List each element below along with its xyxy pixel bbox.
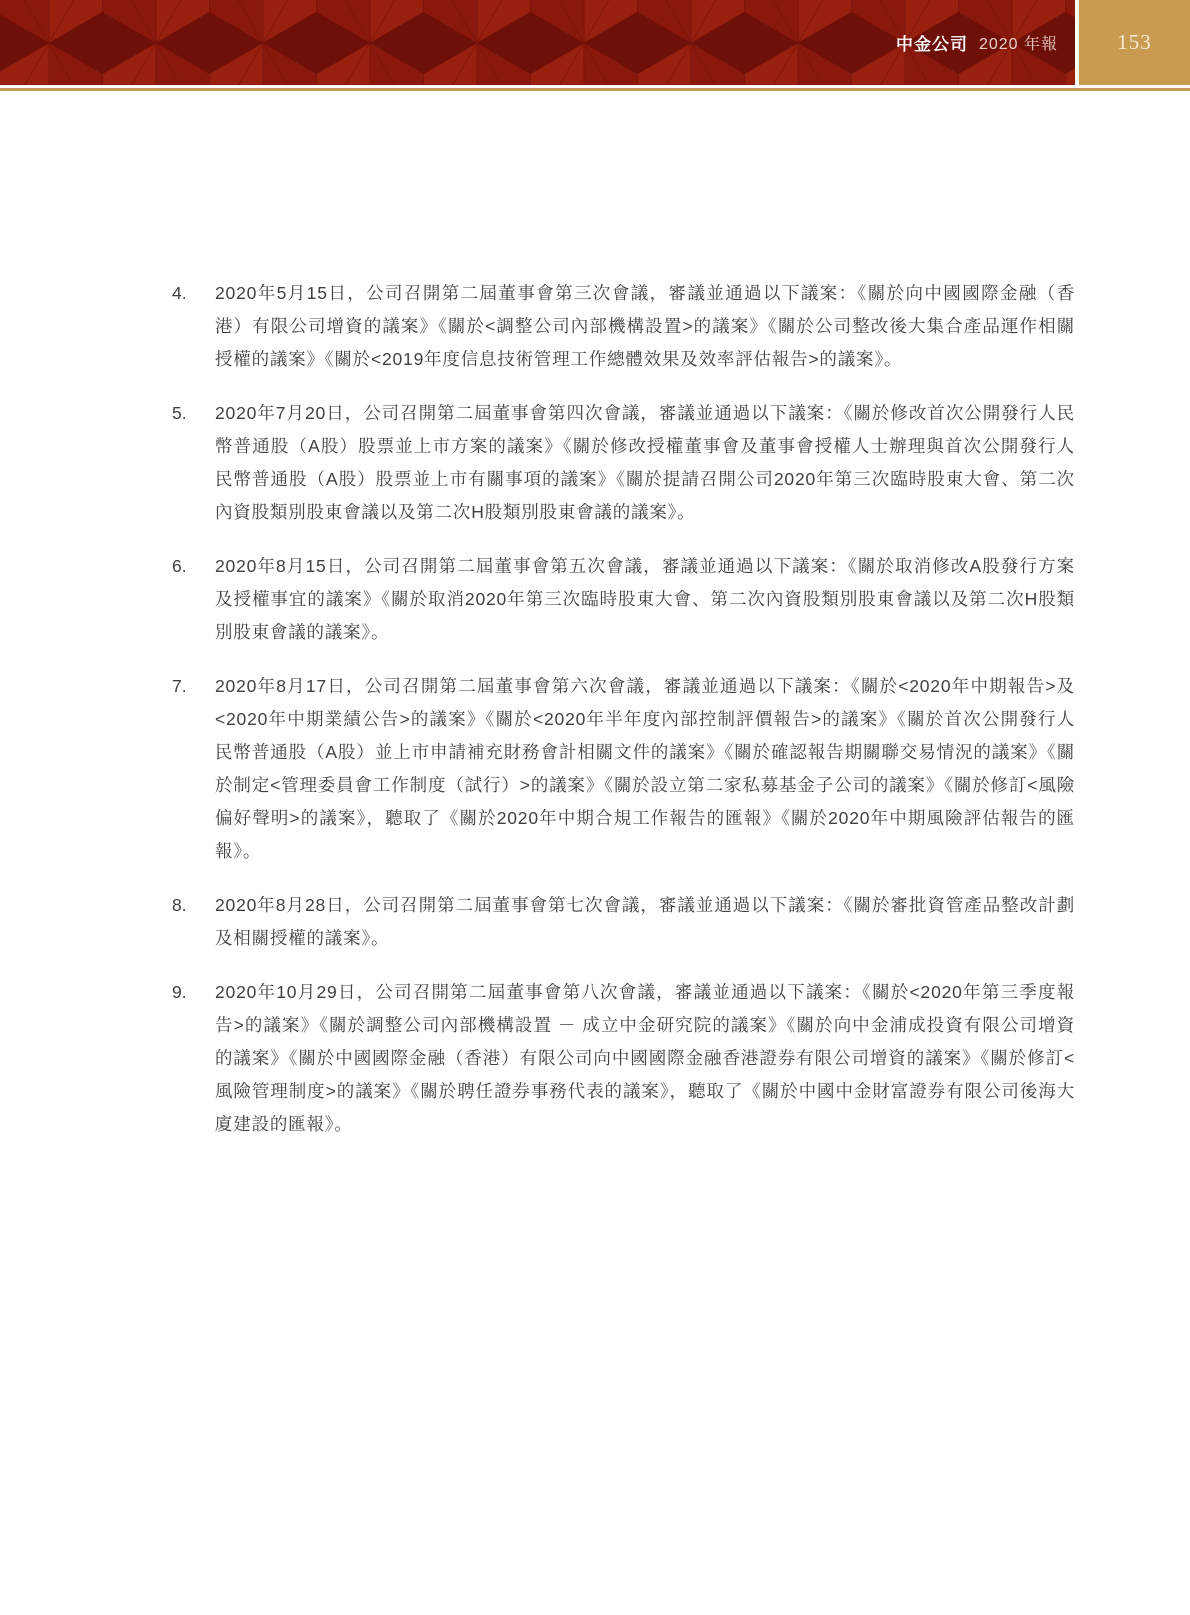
item-text: 2020年5月15日，公司召開第二屆董事會第三次會議，審議並通過以下議案：《關於…: [215, 277, 1075, 376]
list-item: 7. 2020年8月17日，公司召開第二屆董事會第六次會議，審議並通過以下議案：…: [172, 670, 1075, 868]
report-page: 中金公司 2020 年報 153 4. 2020年5月15日，公司召開第二屆董事…: [0, 0, 1190, 1615]
item-text: 2020年7月20日，公司召開第二屆董事會第四次會議，審議並通過以下議案：《關於…: [215, 397, 1075, 529]
list-item: 4. 2020年5月15日，公司召開第二屆董事會第三次會議，審議並通過以下議案：…: [172, 277, 1075, 376]
page-number: 153: [1117, 30, 1152, 55]
item-number: 9.: [172, 976, 215, 1141]
item-text: 2020年10月29日，公司召開第二屆董事會第八次會議，審議並通過以下議案：《關…: [215, 976, 1075, 1141]
list-item: 6. 2020年8月15日，公司召開第二屆董事會第五次會議，審議並通過以下議案：…: [172, 550, 1075, 649]
item-text: 2020年8月15日，公司召開第二屆董事會第五次會議，審議並通過以下議案：《關於…: [215, 550, 1075, 649]
item-number: 7.: [172, 670, 215, 868]
list-item: 5. 2020年7月20日，公司召開第二屆董事會第四次會議，審議並通過以下議案：…: [172, 397, 1075, 529]
header-title: 中金公司 2020 年報: [896, 0, 1058, 85]
list-item: 8. 2020年8月28日，公司召開第二屆董事會第七次會議，審議並通過以下議案：…: [172, 889, 1075, 955]
item-text: 2020年8月17日，公司召開第二屆董事會第六次會議，審議並通過以下議案：《關於…: [215, 670, 1075, 868]
list-item: 9. 2020年10月29日，公司召開第二屆董事會第八次會議，審議並通過以下議案…: [172, 976, 1075, 1141]
header-divider: [0, 88, 1190, 91]
item-text: 2020年8月28日，公司召開第二屆董事會第七次會議，審議並通過以下議案：《關於…: [215, 889, 1075, 955]
company-name: 中金公司: [896, 30, 968, 55]
item-number: 4.: [172, 277, 215, 376]
item-number: 8.: [172, 889, 215, 955]
header-banner: 中金公司 2020 年報: [0, 0, 1075, 85]
item-number: 5.: [172, 397, 215, 529]
report-year: 2020 年報: [979, 31, 1058, 54]
item-number: 6.: [172, 550, 215, 649]
board-meetings-list: 4. 2020年5月15日，公司召開第二屆董事會第三次會議，審議並通過以下議案：…: [172, 277, 1075, 1162]
page-number-box: 153: [1079, 0, 1190, 85]
